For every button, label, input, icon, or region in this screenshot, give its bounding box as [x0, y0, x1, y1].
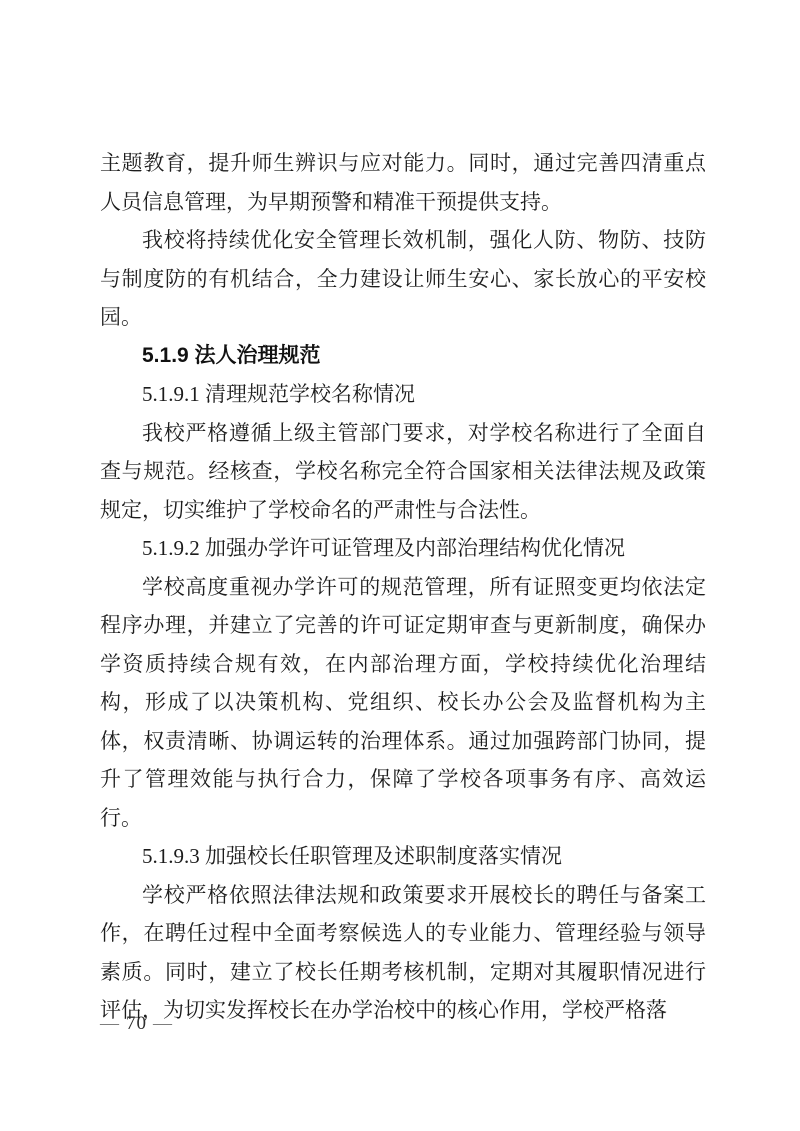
section-heading-5-1-9: 5.1.9 法人治理规范	[100, 337, 706, 376]
document-page: 主题教育，提升师生辨识与应对能力。同时，通过完善四清重点人员信息管理，为早期预警…	[0, 0, 800, 1131]
document-body: 主题教育，提升师生辨识与应对能力。同时，通过完善四清重点人员信息管理，为早期预警…	[100, 144, 706, 1030]
footer-right-dash: —	[153, 1013, 173, 1034]
subsection-heading-5-1-9-2: 5.1.9.2 加强办学许可证管理及内部治理结构优化情况	[100, 529, 706, 568]
paragraph-safety-mechanism: 我校将持续优化安全管理长效机制，强化人防、物防、技防与制度防的有机结合，全力建设…	[100, 221, 706, 337]
subsection-heading-5-1-9-1: 5.1.9.1 清理规范学校名称情况	[100, 375, 706, 414]
paragraph-school-name-review: 我校严格遵循上级主管部门要求，对学校名称进行了全面自查与规范。经核查，学校名称完…	[100, 414, 706, 530]
paragraph-principal-appointment: 学校严格依照法律法规和政策要求开展校长的聘任与备案工作，在聘任过程中全面考察候选…	[100, 876, 706, 1030]
footer-left-dash: —	[100, 1013, 120, 1034]
paragraph-continuation: 主题教育，提升师生辨识与应对能力。同时，通过完善四清重点人员信息管理，为早期预警…	[100, 144, 706, 221]
page-number: 70	[120, 1013, 153, 1034]
page-footer: —70—	[100, 1012, 173, 1036]
subsection-heading-5-1-9-3: 5.1.9.3 加强校长任职管理及述职制度落实情况	[100, 837, 706, 876]
paragraph-license-governance: 学校高度重视办学许可的规范管理，所有证照变更均依法定程序办理，并建立了完善的许可…	[100, 568, 706, 838]
